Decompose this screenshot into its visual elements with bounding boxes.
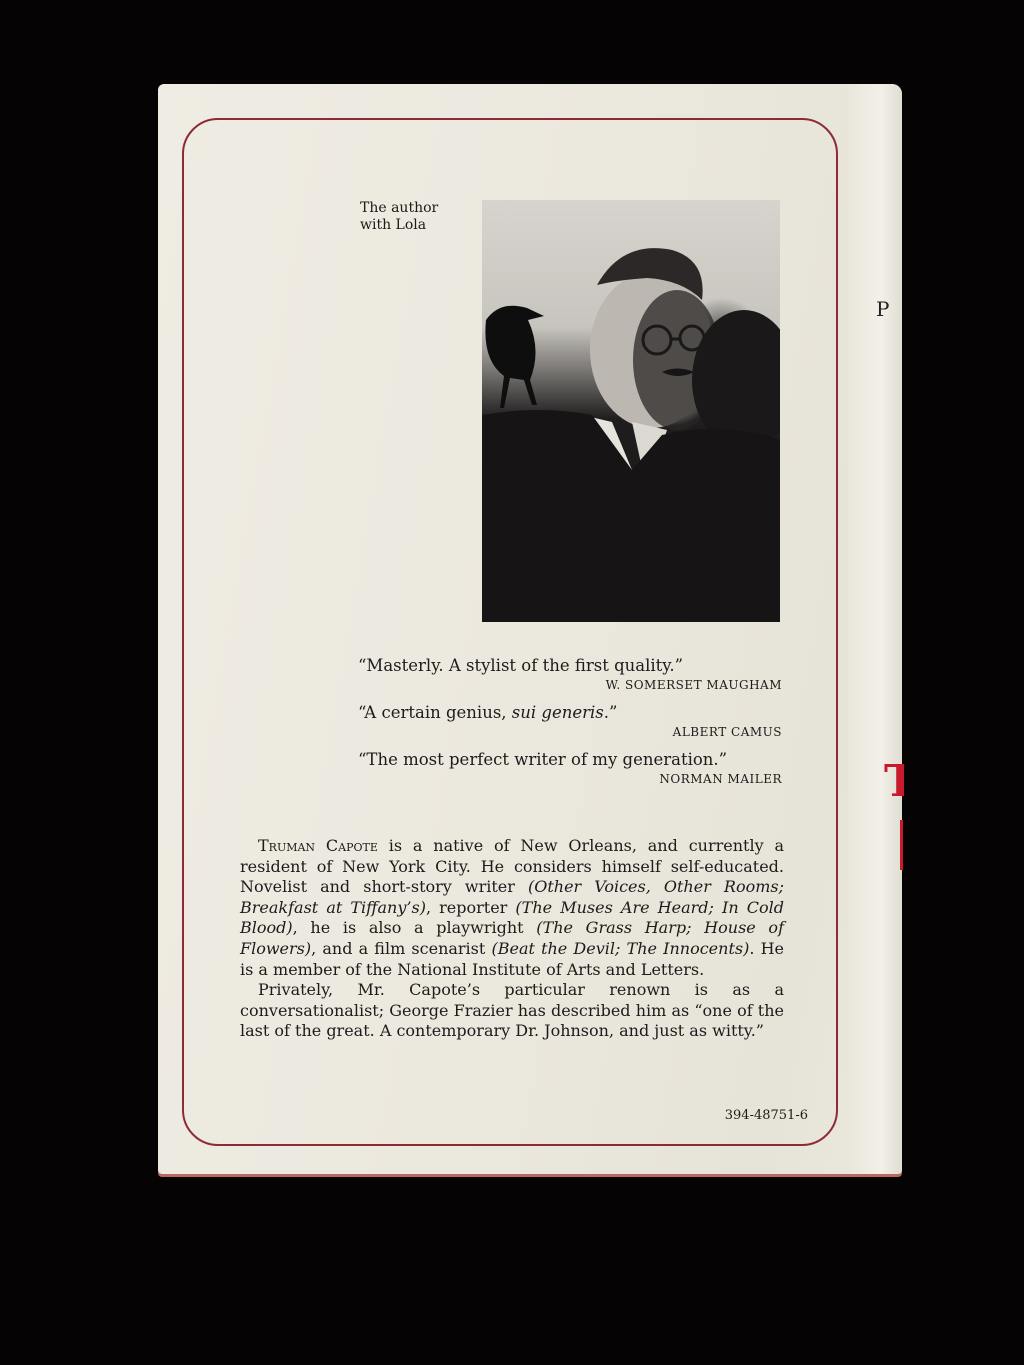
quote-text: “A certain genius, sui generis.” bbox=[358, 703, 782, 723]
bio-text: , and a film scenarist bbox=[311, 939, 491, 958]
quote-italic-part: sui generis bbox=[512, 703, 604, 722]
bio-works-films: (Beat the Devil; The Innocents) bbox=[491, 939, 749, 958]
spine-red-mark bbox=[900, 820, 903, 870]
quote-maugham: “Masterly. A stylist of the first qualit… bbox=[358, 656, 782, 694]
quote-attribution: NORMAN MAILER bbox=[358, 770, 782, 788]
quote-text-part: .” bbox=[604, 703, 618, 722]
quote-text-part: “Masterly. A stylist of the first qualit… bbox=[358, 656, 683, 675]
quote-text-part: “A certain genius, bbox=[358, 703, 512, 722]
spine-title-letter: T bbox=[884, 760, 904, 804]
bio-paragraph-2: Privately, Mr. Capote’s particular renow… bbox=[240, 980, 784, 1042]
book-back-cover: The author with Lola “Master bbox=[158, 84, 902, 1174]
bio-text: , reporter bbox=[426, 898, 515, 917]
quote-text: “Masterly. A stylist of the first qualit… bbox=[358, 656, 782, 676]
blurb-quotes: “Masterly. A stylist of the first qualit… bbox=[358, 656, 782, 797]
quote-attribution: W. SOMERSET MAUGHAM bbox=[358, 676, 782, 694]
author-with-crow-illustration bbox=[482, 200, 780, 622]
author-bio: Truman Capote is a native of New Orleans… bbox=[240, 836, 784, 1042]
spine-letter: P bbox=[876, 297, 889, 321]
isbn-number: 394-48751-6 bbox=[725, 1108, 808, 1123]
quote-text: “The most perfect writer of my generatio… bbox=[358, 750, 782, 770]
quote-text-part: “The most perfect writer of my generatio… bbox=[358, 750, 727, 769]
author-photo bbox=[482, 200, 780, 622]
quote-camus: “A certain genius, sui generis.” ALBERT … bbox=[358, 703, 782, 741]
quote-mailer: “The most perfect writer of my generatio… bbox=[358, 750, 782, 788]
bio-paragraph-1: Truman Capote is a native of New Orleans… bbox=[240, 836, 784, 980]
bio-text: , he is also a playwright bbox=[293, 918, 537, 937]
quote-attribution: ALBERT CAMUS bbox=[358, 723, 782, 741]
author-name: Truman Capote bbox=[258, 836, 378, 855]
photo-caption: The author with Lola bbox=[360, 200, 438, 234]
spine-edge bbox=[848, 84, 902, 1174]
